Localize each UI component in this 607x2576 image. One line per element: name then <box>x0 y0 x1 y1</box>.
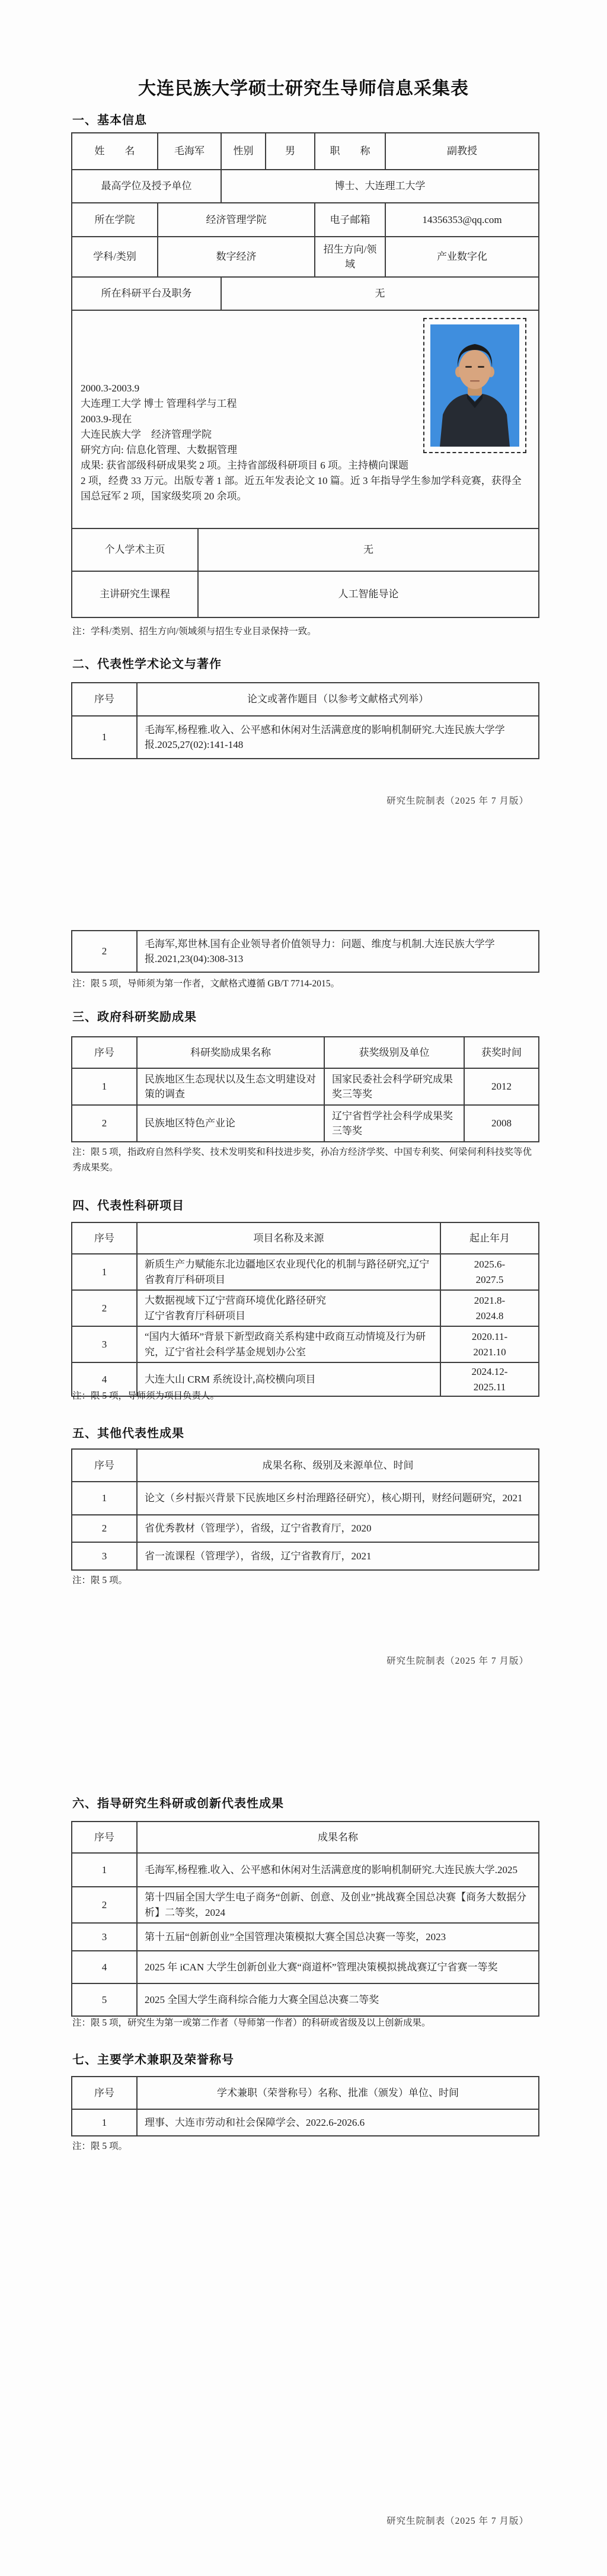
seq-cell: 2 <box>72 931 137 972</box>
title-label: 职 称 <box>315 133 385 170</box>
portrait-photo <box>430 324 519 447</box>
section-3-heading: 三、政府科研奖励成果 <box>72 1007 197 1024</box>
table-row: 5 2025 全国大学生商科综合能力大赛全国总决赛二等奖 <box>72 1983 539 2016</box>
table-row: 学科/类别 数字经济 招生方向/领域 产业数字化 <box>72 237 539 277</box>
page-title: 大连民族大学硕士研究生导师信息采集表 <box>0 74 607 100</box>
section-1-heading: 一、基本信息 <box>72 110 147 128</box>
seq-cell: 1 <box>72 1482 137 1515</box>
seq-cell: 5 <box>72 1983 137 2016</box>
table-row: 所在学院 经济管理学院 电子邮箱 14356353@qq.com <box>72 203 539 237</box>
honor-header: 学术兼职（荣誉称号）名称、批准（颁发）单位、时间 <box>137 2077 539 2109</box>
basic-info-table: 姓 名 毛海军 性别 男 职 称 副教授 最高学位及授予单位 博士、大连理工大学… <box>71 132 539 618</box>
table-row: 主讲研究生课程 人工智能导论 <box>72 571 539 617</box>
project-period-header: 起止年月 <box>440 1222 539 1254</box>
table-row: 3 第十五届“创新创业”全国管理决策模拟大赛全国总决赛一等奖，2023 <box>72 1923 539 1951</box>
seq-header: 序号 <box>72 1222 137 1254</box>
seq-header: 序号 <box>72 1822 137 1853</box>
seq-header: 序号 <box>72 2077 137 2109</box>
seq-cell: 2 <box>72 1105 137 1142</box>
achievement-cell: 省优秀教材（管理学），省级，辽宁省教育厅，2020 <box>137 1515 539 1542</box>
seq-header: 序号 <box>72 1037 137 1068</box>
note-basic: 注：学科/类别、招生方向/领域须与招生专业目录保持一致。 <box>72 624 538 639</box>
table-row: 2 第十四届全国大学生电子商务“创新、创意、及创业”挑战赛全国总决赛【商务大数据… <box>72 1887 539 1923</box>
achievement-cell: 第十五届“创新创业”全国管理决策模拟大赛全国总决赛一等奖，2023 <box>137 1923 539 1951</box>
project-name-cell: 新质生产力赋能东北边疆地区农业现代化的机制与路径研究,辽宁省教育厅科研项目 <box>137 1254 440 1290</box>
seq-header: 序号 <box>72 1449 137 1482</box>
project-period-cell: 2020.11- 2021.10 <box>440 1326 539 1362</box>
seq-cell: 2 <box>72 1887 137 1923</box>
gender-label: 性别 <box>221 133 266 170</box>
honor-cell: 理事、大连市劳动和社会保障学会、2022.6-2026.6 <box>137 2109 539 2136</box>
achievement-header: 成果名称 <box>137 1822 539 1853</box>
achievement-header: 成果名称、级别及来源单位、时间 <box>137 1449 539 1482</box>
section-7-heading: 七、主要学术兼职及荣誉称号 <box>72 2050 234 2067</box>
award-year-cell: 2012 <box>464 1068 539 1105</box>
award-name-cell: 民族地区生态现状以及生态文明建设对策的调查 <box>137 1068 324 1105</box>
note-guide: 注：限 5 项，研究生为第一或第二作者（导师第一作者）的科研或省级及以上创新成果… <box>72 2015 538 2031</box>
paper-title-cell: 毛海军,郑世林.国有企业领导者价值领导力：问题、维度与机制.大连民族大学学报.2… <box>137 931 539 972</box>
degree-value: 博士、大连理工大学 <box>221 170 539 203</box>
paper-title-cell: 毛海军,杨程雅.收入、公平感和休闲对生活满意度的影响机制研究.大连民族大学学报.… <box>137 716 539 759</box>
email-label: 电子邮箱 <box>315 203 385 237</box>
table-row: 3 “国内大循环”背景下新型政商关系构建中政商互动情境及行为研究，辽宁省社会科学… <box>72 1326 539 1362</box>
table-header-row: 序号 科研奖励成果名称 获奖级别及单位 获奖时间 <box>72 1037 539 1068</box>
table-row: 1 民族地区生态现状以及生态文明建设对策的调查 国家民委社会科学研究成果奖三等奖… <box>72 1068 539 1105</box>
table-row: 2000.3-2003.9 大连理工大学 博士 管理科学与工程 2003.9-现… <box>72 310 539 528</box>
seq-cell: 1 <box>72 1254 137 1290</box>
note-awards: 注：限 5 项，指政府自然科学奖、技术发明奖和科技进步奖，孙冶方经济学奖、中国专… <box>72 1145 538 1175</box>
achievement-cell: 论文（乡村振兴背景下民族地区乡村治理路径研究），核心期刊，财经问题研究，2021 <box>137 1482 539 1515</box>
table-row: 4 2025 年 iCAN 大学生创新创业大赛“商道杯”管理决策模拟挑战赛辽宁省… <box>72 1951 539 1983</box>
achievement-cell: 2025 年 iCAN 大学生创新创业大赛“商道杯”管理决策模拟挑战赛辽宁省赛一… <box>137 1951 539 1983</box>
document-page: 大连民族大学硕士研究生导师信息采集表 一、基本信息 姓 名 毛海军 性别 男 职… <box>0 0 607 2576</box>
project-name-cell: 大数据视域下辽宁营商环境优化路径研究 辽宁省教育厅科研项目 <box>137 1290 440 1326</box>
papers-table: 序号 论文或著作题目（以参考文献格式列举） 1 毛海军,杨程雅.收入、公平感和休… <box>71 682 539 759</box>
projects-table: 序号 项目名称及来源 起止年月 1 新质生产力赋能东北边疆地区农业现代化的机制与… <box>71 1222 539 1397</box>
award-name-cell: 民族地区特色产业论 <box>137 1105 324 1142</box>
award-level-cell: 辽宁省哲学社会科学成果奖三等奖 <box>324 1105 464 1142</box>
seq-cell: 2 <box>72 1515 137 1542</box>
table-row: 最高学位及授予单位 博士、大连理工大学 <box>72 170 539 203</box>
seq-cell: 1 <box>72 1853 137 1887</box>
table-row: 1 理事、大连市劳动和社会保障学会、2022.6-2026.6 <box>72 2109 539 2136</box>
homepage-value: 无 <box>198 528 539 571</box>
table-row: 2 省优秀教材（管理学），省级，辽宁省教育厅，2020 <box>72 1515 539 1542</box>
table-row: 所在科研平台及职务 无 <box>72 277 539 310</box>
college-label: 所在学院 <box>72 203 158 237</box>
section-4-heading: 四、代表性科研项目 <box>72 1196 184 1213</box>
form-footer: 研究生院制表（2025 年 7 月版） <box>71 794 529 807</box>
seq-cell: 3 <box>72 1923 137 1951</box>
section-6-heading: 六、指导研究生科研或创新代表性成果 <box>72 1794 284 1811</box>
awards-table: 序号 科研奖励成果名称 获奖级别及单位 获奖时间 1 民族地区生态现状以及生态文… <box>71 1036 539 1142</box>
table-row: 1 毛海军,杨程雅.收入、公平感和休闲对生活满意度的影响机制研究.大连民族大学.… <box>72 1853 539 1887</box>
other-achievements-table: 序号 成果名称、级别及来源单位、时间 1 论文（乡村振兴背景下民族地区乡村治理路… <box>71 1448 539 1571</box>
note-papers: 注：限 5 项，导师须为第一作者，文献格式遵循 GB/T 7714-2015。 <box>72 976 538 992</box>
section-5-heading: 五、其他代表性成果 <box>72 1424 184 1441</box>
note-other: 注：限 5 项。 <box>72 1573 538 1588</box>
email-value: 14356353@qq.com <box>385 203 539 237</box>
table-header-row: 序号 论文或著作题目（以参考文献格式列举） <box>72 683 539 716</box>
id-photo-frame <box>423 318 526 453</box>
paper-title-header: 论文或著作题目（以参考文献格式列举） <box>137 683 539 716</box>
degree-label: 最高学位及授予单位 <box>72 170 221 203</box>
gender-value: 男 <box>266 133 315 170</box>
resume-cell: 2000.3-2003.9 大连理工大学 博士 管理科学与工程 2003.9-现… <box>72 310 539 528</box>
table-row: 2 民族地区特色产业论 辽宁省哲学社会科学成果奖三等奖 2008 <box>72 1105 539 1142</box>
seq-cell: 2 <box>72 1290 137 1326</box>
seq-cell: 3 <box>72 1542 137 1570</box>
course-label: 主讲研究生课程 <box>72 571 198 617</box>
seq-cell: 4 <box>72 1951 137 1983</box>
seq-cell: 1 <box>72 716 137 759</box>
project-name-header: 项目名称及来源 <box>137 1222 440 1254</box>
table-header-row: 序号 学术兼职（荣誉称号）名称、批准（颁发）单位、时间 <box>72 2077 539 2109</box>
table-header-row: 序号 成果名称、级别及来源单位、时间 <box>72 1449 539 1482</box>
project-period-cell: 2021.8- 2024.8 <box>440 1290 539 1326</box>
homepage-label: 个人学术主页 <box>72 528 198 571</box>
seq-cell: 3 <box>72 1326 137 1362</box>
table-row: 1 新质生产力赋能东北边疆地区农业现代化的机制与路径研究,辽宁省教育厅科研项目 … <box>72 1254 539 1290</box>
seq-cell: 1 <box>72 2109 137 2136</box>
section-2-heading: 二、代表性学术论文与著作 <box>72 654 222 671</box>
table-row: 个人学术主页 无 <box>72 528 539 571</box>
discipline-label: 学科/类别 <box>72 237 158 277</box>
award-level-cell: 国家民委社会科学研究成果奖三等奖 <box>324 1068 464 1105</box>
achievement-cell: 第十四届全国大学生电子商务“创新、创意、及创业”挑战赛全国总决赛【商务大数据分析… <box>137 1887 539 1923</box>
note-projects: 注：限 5 项，导师须为项目负责人。 <box>72 1389 538 1404</box>
project-name-cell: “国内大循环”背景下新型政商关系构建中政商互动情境及行为研究，辽宁省社会科学基金… <box>137 1326 440 1362</box>
award-level-header: 获奖级别及单位 <box>324 1037 464 1068</box>
seq-header: 序号 <box>72 683 137 716</box>
achievement-cell: 省一流课程（管理学），省级，辽宁省教育厅，2021 <box>137 1542 539 1570</box>
discipline-value: 数字经济 <box>158 237 315 277</box>
note-honors: 注：限 5 项。 <box>72 2139 538 2154</box>
award-year-cell: 2008 <box>464 1105 539 1142</box>
name-label: 姓 名 <box>72 133 158 170</box>
table-row: 3 省一流课程（管理学），省级，辽宁省教育厅，2021 <box>72 1542 539 1570</box>
achievement-cell: 2025 全国大学生商科综合能力大赛全国总决赛二等奖 <box>137 1983 539 2016</box>
table-row: 2 毛海军,郑世林.国有企业领导者价值领导力：问题、维度与机制.大连民族大学学报… <box>72 931 539 972</box>
form-footer: 研究生院制表（2025 年 7 月版） <box>71 1654 529 1667</box>
award-year-header: 获奖时间 <box>464 1037 539 1068</box>
direction-value: 产业数字化 <box>385 237 539 277</box>
papers-table-continued: 2 毛海军,郑世林.国有企业领导者价值领导力：问题、维度与机制.大连民族大学学报… <box>71 930 539 973</box>
seq-cell: 1 <box>72 1068 137 1105</box>
project-period-cell: 2025.6- 2027.5 <box>440 1254 539 1290</box>
name-value: 毛海军 <box>158 133 221 170</box>
table-row: 姓 名 毛海军 性别 男 职 称 副教授 <box>72 133 539 170</box>
table-row: 1 论文（乡村振兴背景下民族地区乡村治理路径研究），核心期刊，财经问题研究，20… <box>72 1482 539 1515</box>
college-value: 经济管理学院 <box>158 203 315 237</box>
table-row: 1 毛海军,杨程雅.收入、公平感和休闲对生活满意度的影响机制研究.大连民族大学学… <box>72 716 539 759</box>
form-footer: 研究生院制表（2025 年 7 月版） <box>71 2514 529 2527</box>
guided-students-table: 序号 成果名称 1 毛海军,杨程雅.收入、公平感和休闲对生活满意度的影响机制研究… <box>71 1821 539 2017</box>
honors-table: 序号 学术兼职（荣誉称号）名称、批准（颁发）单位、时间 1 理事、大连市劳动和社… <box>71 2076 539 2136</box>
platform-value: 无 <box>221 277 539 310</box>
direction-label: 招生方向/领域 <box>315 237 385 277</box>
table-row: 2 大数据视域下辽宁营商环境优化路径研究 辽宁省教育厅科研项目 2021.8- … <box>72 1290 539 1326</box>
title-value: 副教授 <box>385 133 539 170</box>
achievement-cell: 毛海军,杨程雅.收入、公平感和休闲对生活满意度的影响机制研究.大连民族大学.20… <box>137 1853 539 1887</box>
course-value: 人工智能导论 <box>198 571 539 617</box>
table-header-row: 序号 项目名称及来源 起止年月 <box>72 1222 539 1254</box>
platform-label: 所在科研平台及职务 <box>72 277 221 310</box>
award-name-header: 科研奖励成果名称 <box>137 1037 324 1068</box>
table-header-row: 序号 成果名称 <box>72 1822 539 1853</box>
